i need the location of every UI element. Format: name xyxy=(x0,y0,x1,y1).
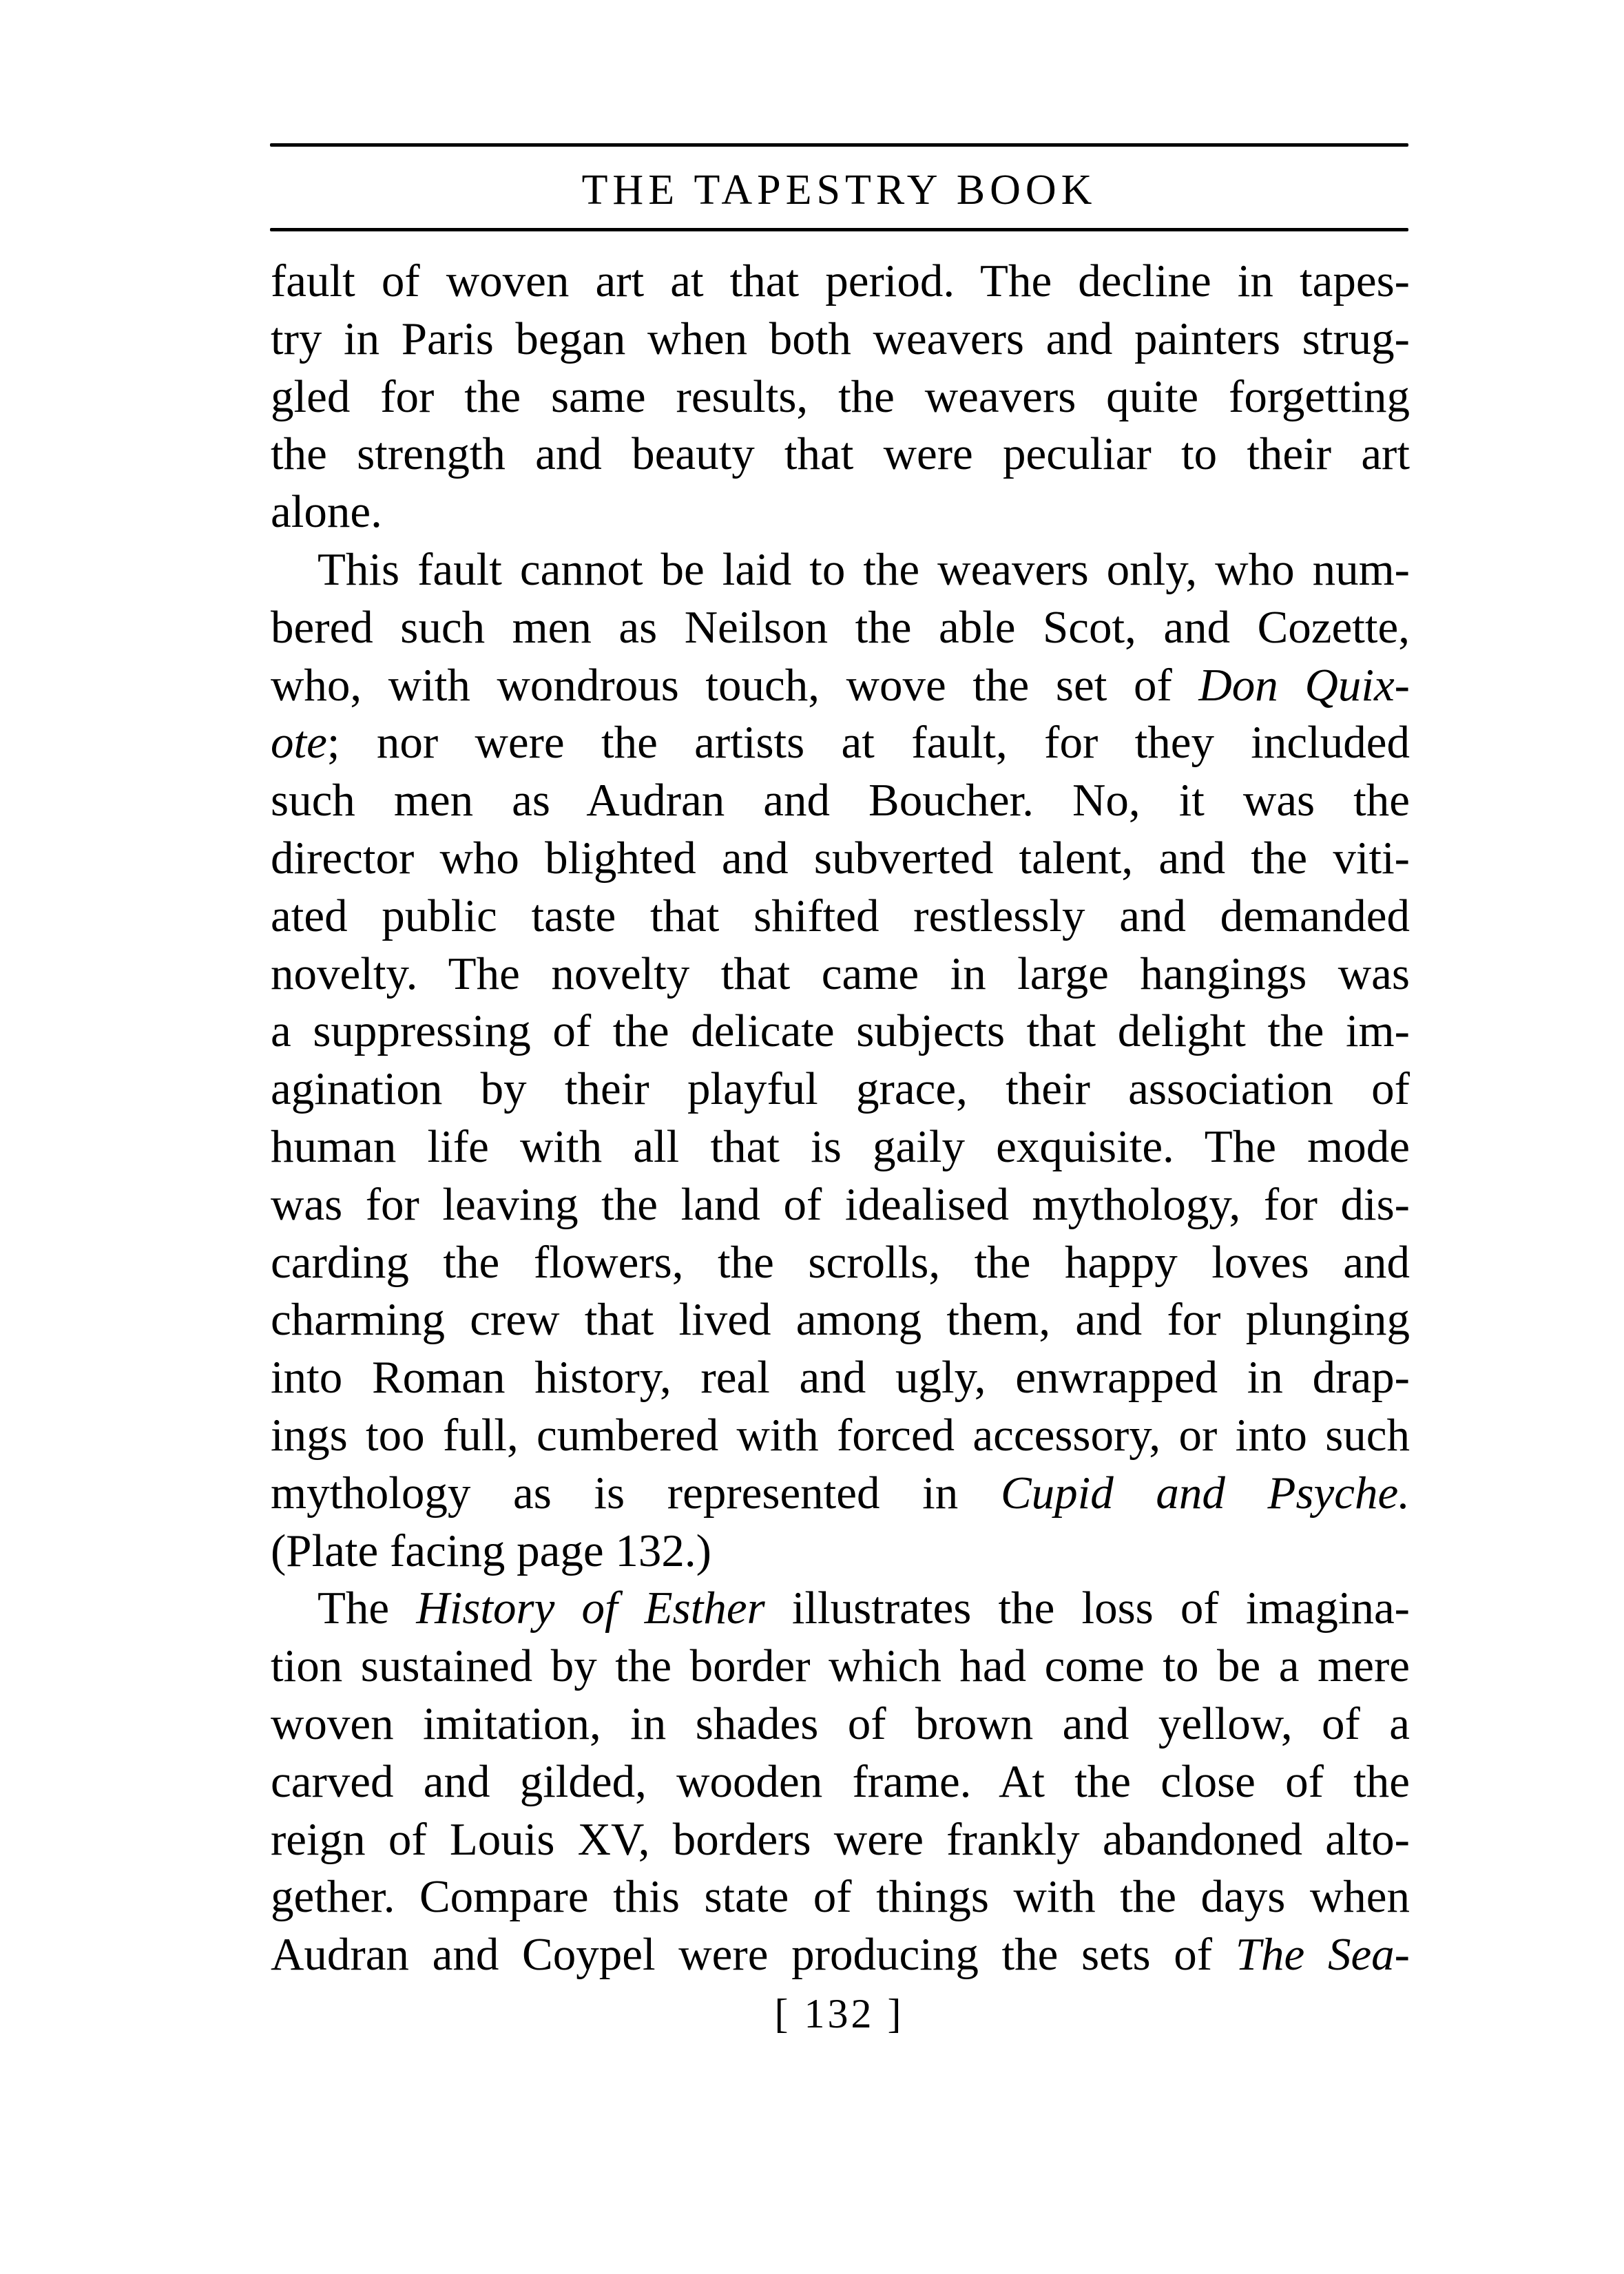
text-line: was for leaving the land of idealised my… xyxy=(271,1176,1410,1234)
text-line: ote; nor were the artists at fault, for … xyxy=(271,714,1410,772)
text-line: Audran and Coypel were producing the set… xyxy=(271,1926,1410,1984)
paragraph: The History of Esther illustrates the lo… xyxy=(271,1580,1410,1984)
text-line: a suppressing of the delicate subjects t… xyxy=(271,1003,1410,1061)
text-line: alone. xyxy=(271,483,1410,541)
text-line: ated public taste that shifted restlessl… xyxy=(271,888,1410,946)
text-line: charming crew that lived among them, and… xyxy=(271,1291,1410,1349)
text-line: gled for the same results, the weavers q… xyxy=(271,368,1410,426)
italic-title-the-seasons: The Sea- xyxy=(1236,1929,1410,1980)
paragraph: This fault cannot be laid to the weavers… xyxy=(271,541,1410,1580)
text-line: the strength and beauty that were peculi… xyxy=(271,426,1410,483)
text-line: try in Paris began when both weavers and… xyxy=(271,311,1410,368)
text-line: ings too full, cumbered with forced acce… xyxy=(271,1407,1410,1465)
text-line: mythology as is represented in Cupid and… xyxy=(271,1465,1410,1523)
text-line: who, with wondrous touch, wove the set o… xyxy=(271,657,1410,715)
text-line: gether. Compare this state of things wit… xyxy=(271,1868,1410,1926)
italic-title-cupid-and-psyche: Cupid and Psyche. xyxy=(1001,1468,1410,1519)
italic-title-history-of-esther: History of Esther xyxy=(416,1583,764,1634)
header-rule-bottom xyxy=(270,228,1408,231)
text-line: (Plate facing page 132.) xyxy=(271,1523,1410,1581)
text-line: novelty. The novelty that came in large … xyxy=(271,946,1410,1003)
body-text: fault of woven art at that period. The d… xyxy=(271,253,1410,1984)
text-line: director who blighted and subverted tale… xyxy=(271,830,1410,888)
text-line: such men as Audran and Boucher. No, it w… xyxy=(271,772,1410,830)
text-line: agination by their playful grace, their … xyxy=(271,1061,1410,1118)
italic-title-don-quixote-cont: ote xyxy=(271,717,327,768)
text-line: woven imitation, in shades of brown and … xyxy=(271,1696,1410,1753)
running-title: THE TAPESTRY BOOK xyxy=(270,163,1408,218)
text-line: reign of Louis XV, borders were frankly … xyxy=(271,1811,1410,1869)
text-line: fault of woven art at that period. The d… xyxy=(271,253,1410,311)
text-line: into Roman history, real and ugly, enwra… xyxy=(271,1349,1410,1407)
text-line: bered such men as Neilson the able Scot,… xyxy=(271,599,1410,657)
page-number: [ 132 ] xyxy=(270,1986,1408,2041)
book-page: THE TAPESTRY BOOK fault of woven art at … xyxy=(0,0,1624,2274)
text-line: The History of Esther illustrates the lo… xyxy=(271,1580,1410,1638)
text-line: carding the flowers, the scrolls, the ha… xyxy=(271,1234,1410,1292)
text-line: human life with all that is gaily exquis… xyxy=(271,1118,1410,1176)
paragraph: fault of woven art at that period. The d… xyxy=(271,253,1410,541)
text-line: carved and gilded, wooden frame. At the … xyxy=(271,1753,1410,1811)
italic-title-don-quixote: Don Quix- xyxy=(1198,660,1410,711)
header-rule-top xyxy=(270,143,1408,147)
text-line: This fault cannot be laid to the weavers… xyxy=(271,541,1410,599)
text-line: tion sustained by the border which had c… xyxy=(271,1638,1410,1696)
